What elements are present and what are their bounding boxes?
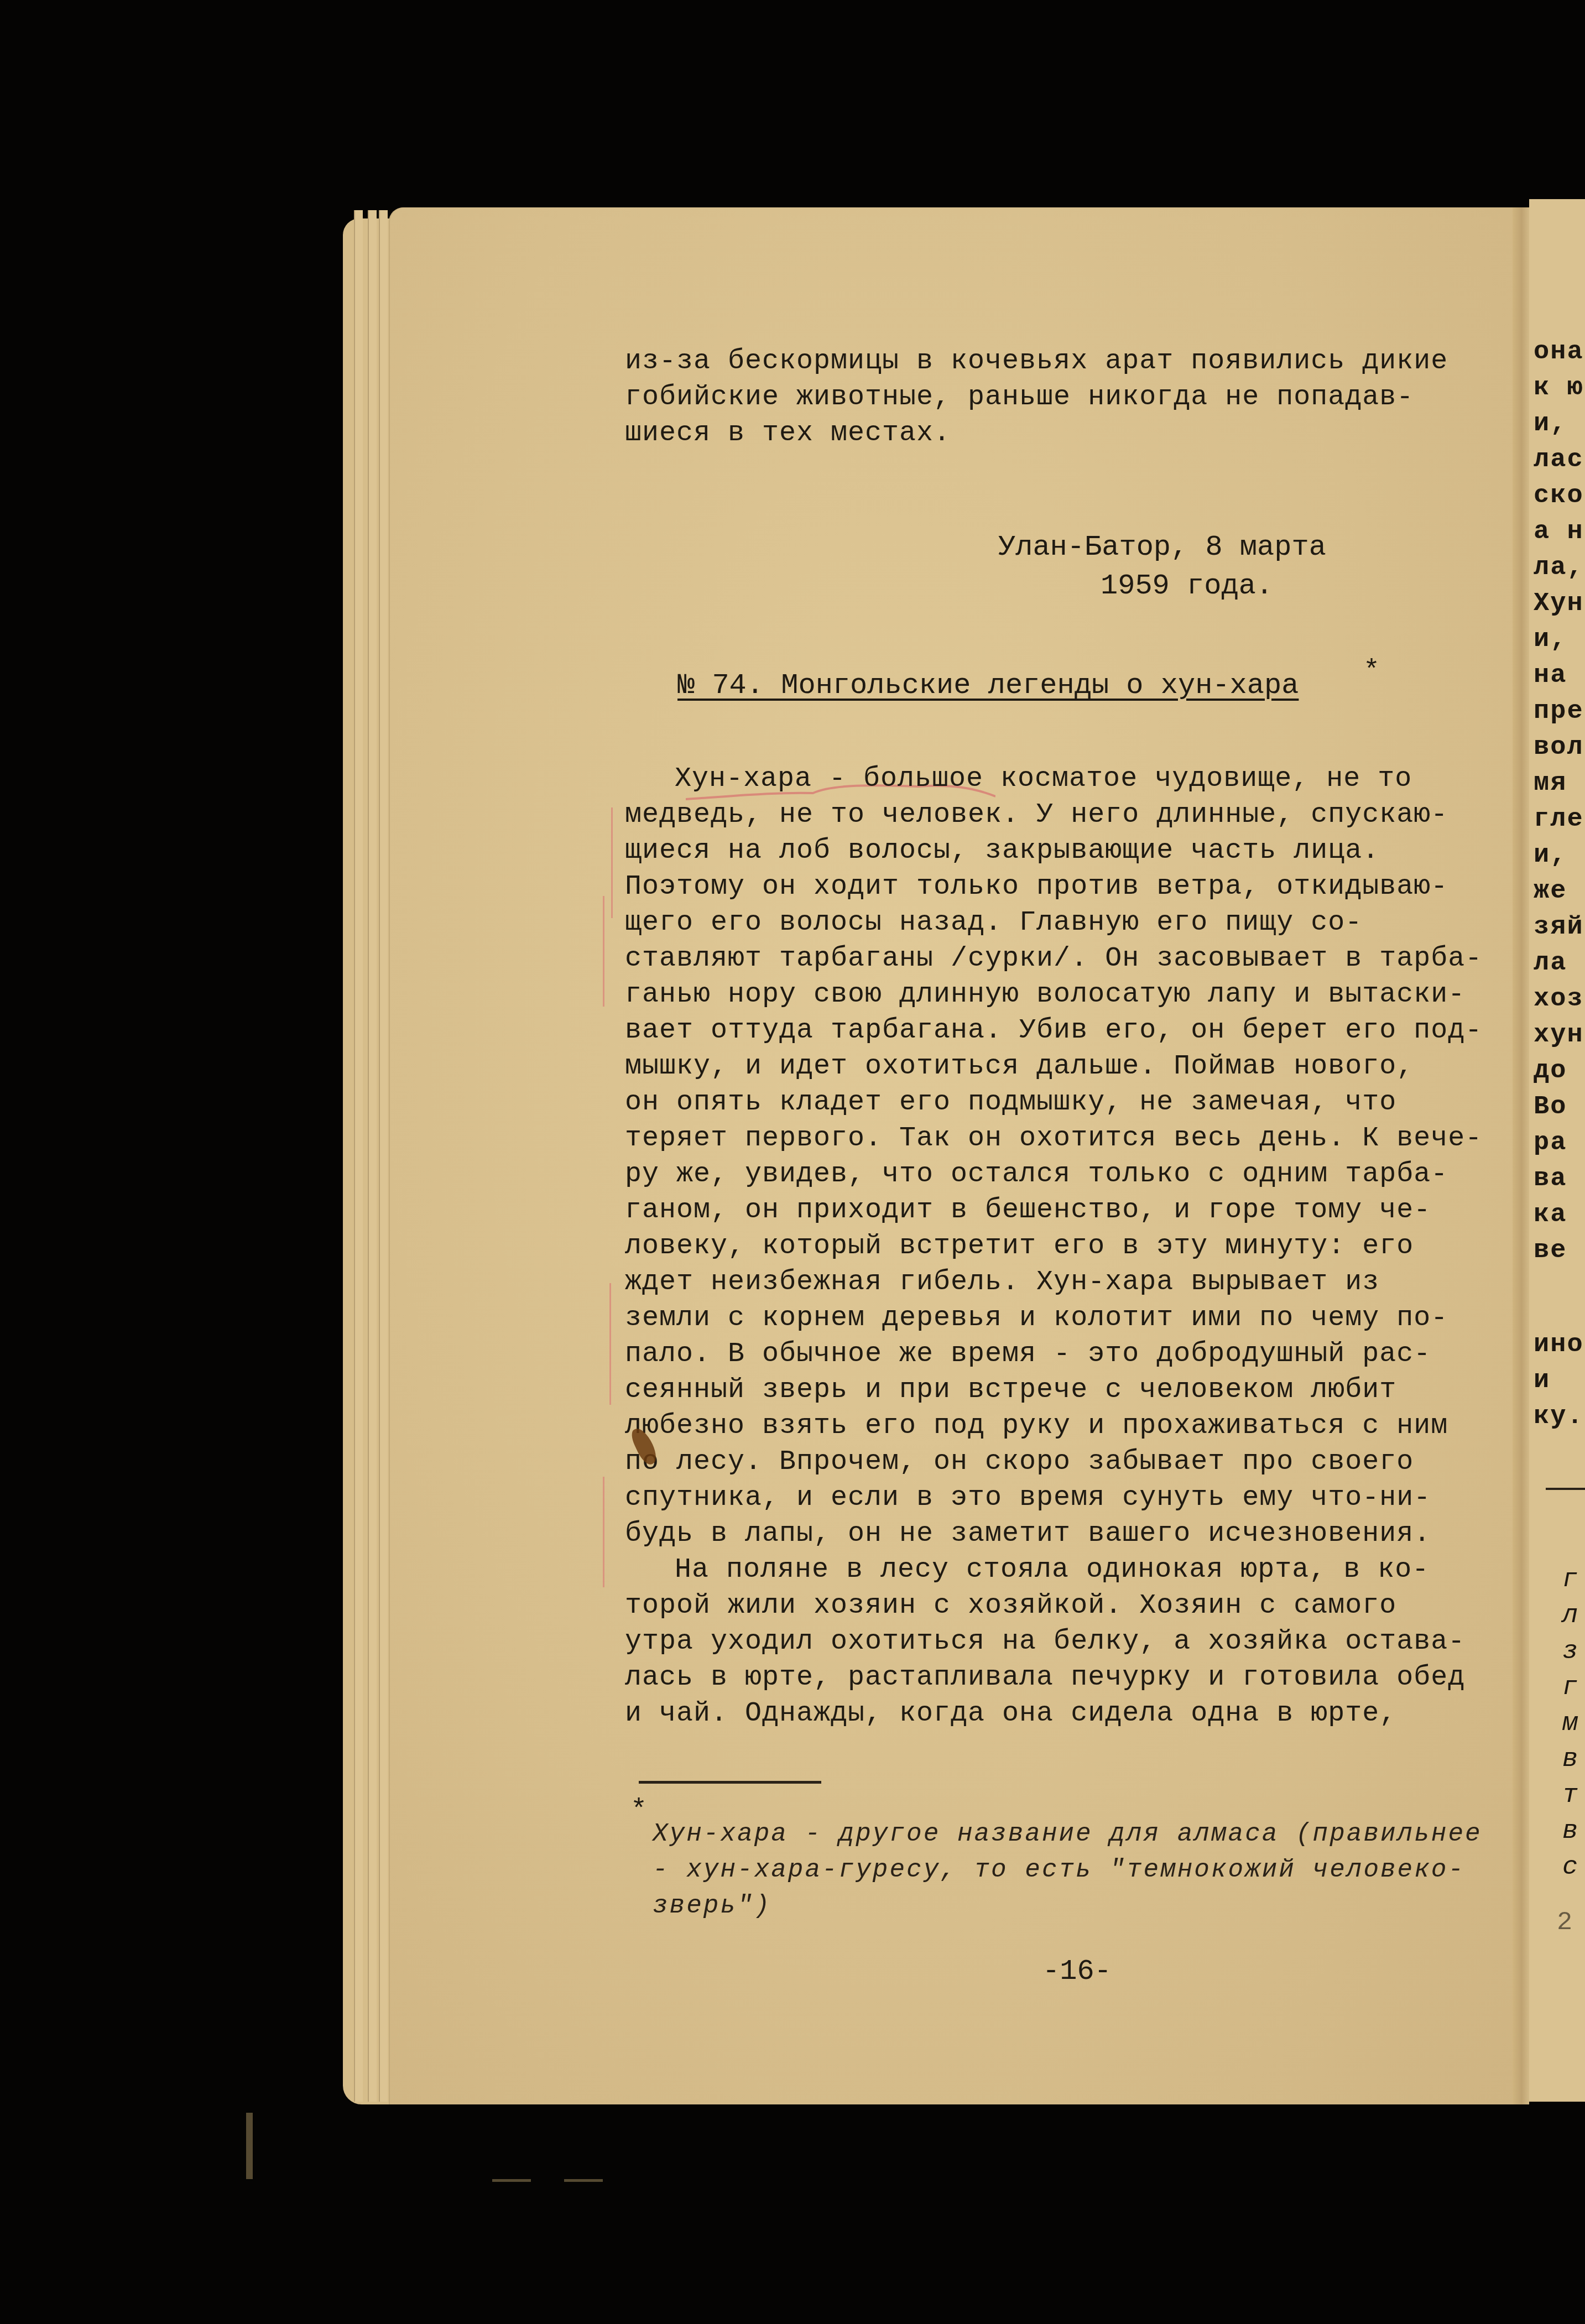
footnote-marker: * — [1363, 655, 1380, 687]
fragment: и, — [1534, 625, 1567, 654]
body-line: ждет неизбежная гибель. Хун-хара вырывае… — [625, 1267, 1379, 1298]
body-line: пало. В обычное же время - это добродушн… — [625, 1338, 1431, 1370]
margin-mark — [603, 896, 604, 1007]
fragment: на — [1534, 661, 1567, 690]
scan-mark — [246, 2113, 253, 2179]
fragment: ва — [1534, 1164, 1567, 1194]
fragment: з — [1562, 1637, 1579, 1666]
body-line: щего его волосы назад. Главную его пищу … — [625, 907, 1362, 939]
body-line: по лесу. Впрочем, он скоро забывает про … — [625, 1446, 1414, 1478]
body-line: утра уходил охотиться на белку, а хозяйк… — [625, 1626, 1465, 1658]
fragment: с — [1562, 1853, 1579, 1882]
body-line: Поэтому он ходит только против ветра, от… — [625, 871, 1448, 903]
body-line: лась в юрте, растапливала печурку и гото… — [625, 1662, 1465, 1694]
fragment: ве — [1534, 1236, 1567, 1265]
scan-mark — [492, 2179, 531, 2182]
body-line: сеянный зверь и при встрече с человеком … — [625, 1374, 1396, 1406]
footnote-rule — [639, 1781, 821, 1784]
fragment: ка — [1534, 1200, 1567, 1229]
fragment: она — [1534, 337, 1584, 367]
fragment: м — [1562, 1709, 1579, 1738]
adjacent-page: она к ю и, лас ско а н ла, Хун и, на пре… — [1529, 199, 1585, 2102]
fragment: и — [1534, 1366, 1550, 1395]
dateline-year: 1959 года. — [1101, 570, 1273, 602]
fragment: ку. — [1534, 1402, 1584, 1431]
fragment: г — [1562, 1565, 1579, 1595]
fragment: Хун — [1534, 589, 1584, 618]
opening-line: шиеся в тех местах. — [625, 418, 951, 449]
fragment: ра — [1534, 1128, 1567, 1158]
fragment: а н — [1534, 517, 1584, 546]
body-line: медведь, не то человек. У него длинные, … — [625, 799, 1448, 831]
body-line: ловеку, который встретит его в эту минут… — [625, 1231, 1414, 1262]
page-edge — [379, 210, 388, 2102]
body-line: вает оттуда тарбагана. Убив его, он бере… — [625, 1015, 1482, 1046]
fragment: лас — [1534, 445, 1584, 475]
fragment: ла — [1534, 949, 1567, 978]
margin-mark — [611, 807, 613, 918]
body-line: он опять кладет его подмышку, не замечая… — [625, 1087, 1396, 1118]
fragment: ско — [1534, 481, 1584, 510]
page-edge — [354, 210, 363, 2102]
fragment: зяй — [1534, 913, 1584, 942]
fragment: в — [1562, 1817, 1579, 1846]
scan-mark — [564, 2179, 603, 2182]
fragment: гле — [1534, 805, 1584, 834]
fragment: ино — [1534, 1330, 1584, 1359]
footnote-line: Хун-хара - другое название для алмаса (п… — [653, 1820, 1482, 1848]
footnote-marker: * — [630, 1795, 647, 1826]
opening-line: из-за бескормицы в кочевьях арат появили… — [625, 346, 1448, 377]
margin-mark — [603, 1477, 604, 1587]
body-line: ганом, он приходит в бешенство, и горе т… — [625, 1195, 1431, 1226]
book-gutter — [1513, 207, 1529, 2104]
body-line: теряет первого. Так он охотится весь ден… — [625, 1123, 1482, 1154]
fragment: хоз — [1534, 984, 1584, 1014]
fragment: и, — [1534, 409, 1567, 439]
page-edge — [368, 210, 377, 2102]
body-line: торой жили хозяин с хозяйкой. Хозяин с с… — [625, 1590, 1396, 1622]
fragment: к ю — [1534, 373, 1584, 403]
footnote-line: зверь") — [653, 1891, 771, 1920]
page-number: -16- — [1042, 1955, 1112, 1988]
fragment: и, — [1534, 841, 1567, 870]
page-number-fragment: 2 — [1557, 1908, 1573, 1937]
body-line: любезно взять его под руку и прохаживать… — [625, 1410, 1448, 1442]
body-line: земли с корнем деревья и колотит ими по … — [625, 1302, 1448, 1334]
fragment: г — [1562, 1673, 1579, 1702]
footnote-line: - хун-хара-гуресу, то есть "темнокожий ч… — [653, 1856, 1465, 1884]
body-line: ганью нору свою длинную волосатую лапу и… — [625, 979, 1465, 1010]
fragment: вол — [1534, 733, 1584, 762]
fragment: хун — [1534, 1020, 1584, 1050]
body-line: ру же, увидев, что остался только с одни… — [625, 1159, 1448, 1190]
body-line: Хун-хара - большое косматое чудовище, не… — [675, 763, 1412, 795]
opening-line: гобийские животные, раньше никогда не по… — [625, 382, 1414, 413]
fragment: т — [1562, 1781, 1579, 1810]
dateline-place-date: Улан-Батор, 8 марта — [998, 531, 1326, 564]
fragment: же — [1534, 877, 1567, 906]
body-line: На поляне в лесу стояла одинокая юрта, в… — [675, 1554, 1429, 1586]
fragment: до — [1534, 1056, 1567, 1086]
footnote-rule — [1546, 1488, 1585, 1490]
fragment: пре — [1534, 697, 1584, 726]
body-line: спутника, и если в это время сунуть ему … — [625, 1482, 1431, 1514]
body-line: и чай. Однажды, когда она сидела одна в … — [625, 1698, 1396, 1729]
body-line: будь в лапы, он не заметит вашего исчезн… — [625, 1518, 1431, 1550]
fragment: л — [1562, 1601, 1579, 1630]
body-line: ставляют тарбаганы /сурки/. Он засовывае… — [625, 943, 1482, 975]
fragment: Во — [1534, 1092, 1567, 1122]
margin-mark — [609, 1283, 611, 1405]
fragment: ла, — [1534, 553, 1584, 582]
fragment: мя — [1534, 769, 1567, 798]
body-line: щиеся на лоб волосы, закрывающие часть л… — [625, 835, 1379, 867]
section-heading: № 74. Монгольские легенды о хун-хара — [677, 669, 1299, 702]
fragment: в — [1562, 1745, 1579, 1774]
body-line: мышку, и идет охотиться дальше. Поймав н… — [625, 1051, 1414, 1082]
